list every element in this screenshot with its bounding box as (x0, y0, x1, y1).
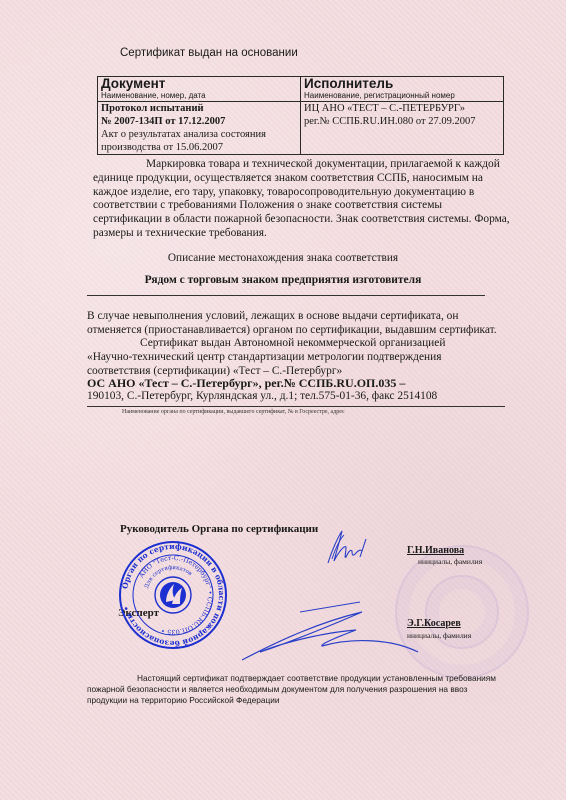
divider (87, 406, 505, 407)
column-header-label: Документ (101, 77, 297, 91)
document-act-date: производства от 15.06.2007 (101, 141, 297, 154)
column-subheader-label: Наименование, регистрационный номер (304, 91, 500, 100)
divider (87, 295, 485, 296)
document-cell: Протокол испытаний № 2007-134П от 17.12.… (98, 102, 301, 155)
footer-statement: Настоящий сертификат подтверждает соотве… (87, 673, 507, 706)
issuer-address: 190103, С.-Петербург, Курляндская ул., д… (87, 390, 437, 402)
document-act: Акт о результатах анализа состояния (101, 128, 297, 141)
document-name: Протокол испытаний (101, 102, 297, 115)
marking-paragraph: Маркировка товара и технической документ… (93, 158, 513, 241)
head-title: Руководитель Органа по сертификации (120, 523, 318, 535)
executor-cell: ИЦ АНО «ТЕСТ – С.-ПЕТЕРБУРГ» рег.№ ССПБ.… (301, 102, 504, 155)
issuer-caption: Наименование органа по сертификации, выд… (122, 409, 345, 415)
column-subheader-label: Наименование, номер, дата (101, 91, 297, 100)
expert-name: Э.Г.Косарев (407, 618, 461, 629)
issuer-paragraph: Сертификат выдан Автономной некоммерческ… (87, 337, 487, 378)
executor-reg: рег.№ ССПБ.RU.ИН.080 от 27.09.2007 (304, 115, 500, 128)
head-name-caption: инициалы, фамилия (418, 557, 482, 566)
executor-name: ИЦ АНО «ТЕСТ – С.-ПЕТЕРБУРГ» (304, 102, 500, 115)
head-signature (320, 525, 380, 570)
revocation-paragraph: В случае невыполнения условий, лежащих в… (87, 310, 512, 338)
basis-title: Сертификат выдан на основании (120, 47, 298, 59)
issuer-registration: ОС АНО «Тест – С.-Петербург», рег.№ ССПБ… (87, 376, 405, 391)
document-number: № 2007-134П от 17.12.2007 (101, 115, 297, 128)
head-name: Г.Н.Иванова (407, 545, 464, 556)
expert-name-caption: инициалы, фамилия (407, 631, 471, 640)
mark-location-title: Описание местонахождения знака соответст… (0, 252, 566, 264)
seal-stamp: Орган по сертификации в области пожарной… (118, 540, 228, 650)
basis-table: Документ Наименование, номер, дата Испол… (97, 76, 504, 155)
column-header-executor: Исполнитель Наименование, регистрационны… (301, 77, 504, 102)
mark-location-value: Рядом с торговым знаком предприятия изго… (0, 274, 566, 286)
column-header-document: Документ Наименование, номер, дата (98, 77, 301, 102)
column-header-label: Исполнитель (304, 77, 500, 91)
